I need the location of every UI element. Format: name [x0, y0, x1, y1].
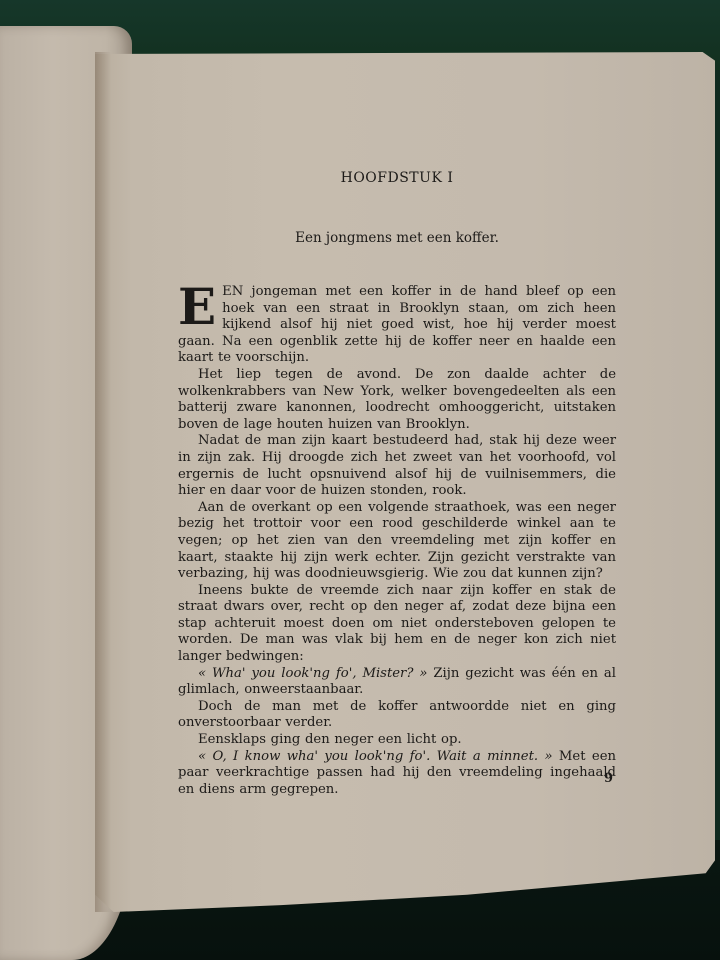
page-content: HOOFDSTUK I Een jongmens met een koffer.…: [178, 170, 616, 798]
chapter-title: HOOFDSTUK I: [178, 170, 616, 186]
paragraph-8: Eensklaps ging den neger een licht op.: [178, 732, 616, 749]
paragraph-2: Het liep tegen de avond. De zon daalde a…: [178, 367, 616, 433]
opening-word: EN: [222, 284, 243, 299]
paragraph-7: Doch de man met de koffer antwoordde nie…: [178, 699, 616, 732]
paragraph-3: Nadat de man zijn kaart bestudeerd had, …: [178, 433, 616, 499]
paragraph-text: Het liep tegen de avond. De zon daalde a…: [178, 367, 616, 432]
paragraph-text: Doch de man met de koffer antwoordde nie…: [178, 699, 616, 731]
paragraph-4: Aan de overkant op een volgende straatho…: [178, 500, 616, 583]
chapter-subtitle: Een jongmens met een koffer.: [178, 230, 616, 246]
dialogue-quote: « O, I know wha' you look'ng fo'. Wait a…: [198, 749, 553, 764]
paragraph-text: Eensklaps ging den neger een licht op.: [198, 732, 462, 747]
paragraph-text: jongeman met een koffer in de hand bleef…: [178, 284, 616, 365]
paragraph-text: Ineens bukte de vreemde zich naar zijn k…: [178, 583, 616, 664]
body-text: EEN jongeman met een koffer in de hand b…: [178, 284, 616, 798]
page-gutter-shadow: [95, 52, 111, 912]
paragraph-1: EEN jongeman met een koffer in de hand b…: [178, 284, 616, 367]
page-number: 9: [604, 771, 613, 786]
paragraph-text: Aan de overkant op een volgende straatho…: [178, 500, 616, 581]
dialogue-quote: « Wha' you look'ng fo', Mister? »: [198, 666, 427, 681]
paragraph-text: Nadat de man zijn kaart bestudeerd had, …: [178, 433, 616, 498]
paragraph-5: Ineens bukte de vreemde zich naar zijn k…: [178, 583, 616, 666]
drop-cap: E: [178, 286, 216, 328]
paragraph-9: « O, I know wha' you look'ng fo'. Wait a…: [178, 749, 616, 799]
paragraph-6: « Wha' you look'ng fo', Mister? » Zijn g…: [178, 666, 616, 699]
